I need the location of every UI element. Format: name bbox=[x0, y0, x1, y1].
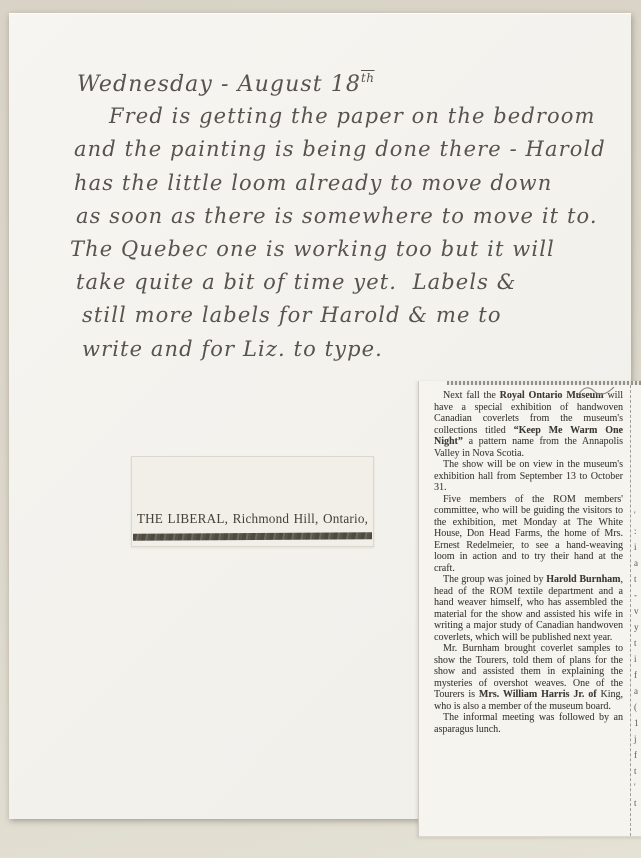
cutoff-letter: i bbox=[631, 539, 641, 555]
cutoff-letter: f bbox=[631, 667, 641, 683]
cutoff-letter: t bbox=[631, 763, 641, 779]
cutoff-letter: ' bbox=[631, 507, 641, 523]
article-paragraph: Mr. Burnham brought coverlet samples to … bbox=[434, 643, 623, 712]
cutoff-letter: j bbox=[631, 731, 641, 747]
handwriting-line: as soon as there is somewhere to move it… bbox=[76, 204, 641, 237]
handwriting-line: write and for Liz. to type. bbox=[82, 337, 641, 370]
pencil-mark bbox=[575, 382, 617, 398]
article-paragraph: The group was joined by Harold Burnham, … bbox=[434, 574, 623, 643]
cutoff-letter: : bbox=[631, 523, 641, 539]
masthead-rule bbox=[133, 532, 372, 540]
handwriting-line: still more labels for Harold & me to bbox=[82, 303, 641, 336]
scanned-album-page: Wednesday - August 18thFred is getting t… bbox=[0, 0, 641, 858]
cutoff-letter: ' bbox=[631, 779, 641, 795]
cutoff-letter: 1 bbox=[631, 715, 641, 731]
handwriting-line: and the painting is being done there - H… bbox=[74, 137, 641, 170]
cutoff-letter: v bbox=[631, 603, 641, 619]
adjacent-column-fragment: ':iat-vytifa(1jft't bbox=[630, 385, 641, 836]
newspaper-article-clipping: Next fall the Royal Ontario Museum will … bbox=[418, 381, 641, 837]
cutoff-letter: - bbox=[631, 587, 641, 603]
newspaper-masthead-clipping: THE LIBERAL, Richmond Hill, Ontario, bbox=[131, 456, 374, 547]
masthead-text: THE LIBERAL, Richmond Hill, Ontario, bbox=[132, 511, 373, 527]
handwritten-diary-entry: Wednesday - August 18thFred is getting t… bbox=[9, 71, 641, 370]
article-paragraph: The informal meeting was followed by an … bbox=[434, 712, 623, 735]
cutoff-letter: a bbox=[631, 683, 641, 699]
cutoff-letter: t bbox=[631, 635, 641, 651]
handwriting-line: Wednesday - August 18th bbox=[77, 71, 641, 104]
diary-page: Wednesday - August 18thFred is getting t… bbox=[9, 13, 631, 819]
handwriting-line: take quite a bit of time yet. Labels & bbox=[76, 270, 641, 303]
cutoff-letter: y bbox=[631, 619, 641, 635]
article-paragraph: Five members of the ROM members' committ… bbox=[434, 494, 623, 575]
article-paragraph: Next fall the Royal Ontario Museum will … bbox=[434, 390, 623, 459]
cutoff-letter: t bbox=[631, 571, 641, 587]
cutoff-letter: a bbox=[631, 555, 641, 571]
cutoff-letter: i bbox=[631, 651, 641, 667]
handwriting-line: Fred is getting the paper on the bedroom bbox=[109, 104, 641, 137]
article-paragraph: The show will be on view in the museum's… bbox=[434, 459, 623, 494]
handwriting-line: The Quebec one is working too but it wil… bbox=[70, 237, 641, 270]
ordinal-suffix: th bbox=[361, 71, 375, 85]
handwriting-line: has the little loom already to move down bbox=[74, 171, 641, 204]
cutoff-letter: ( bbox=[631, 699, 641, 715]
article-text: Next fall the Royal Ontario Museum will … bbox=[434, 390, 623, 735]
cutoff-letter: f bbox=[631, 747, 641, 763]
cutoff-letter: t bbox=[631, 795, 641, 811]
